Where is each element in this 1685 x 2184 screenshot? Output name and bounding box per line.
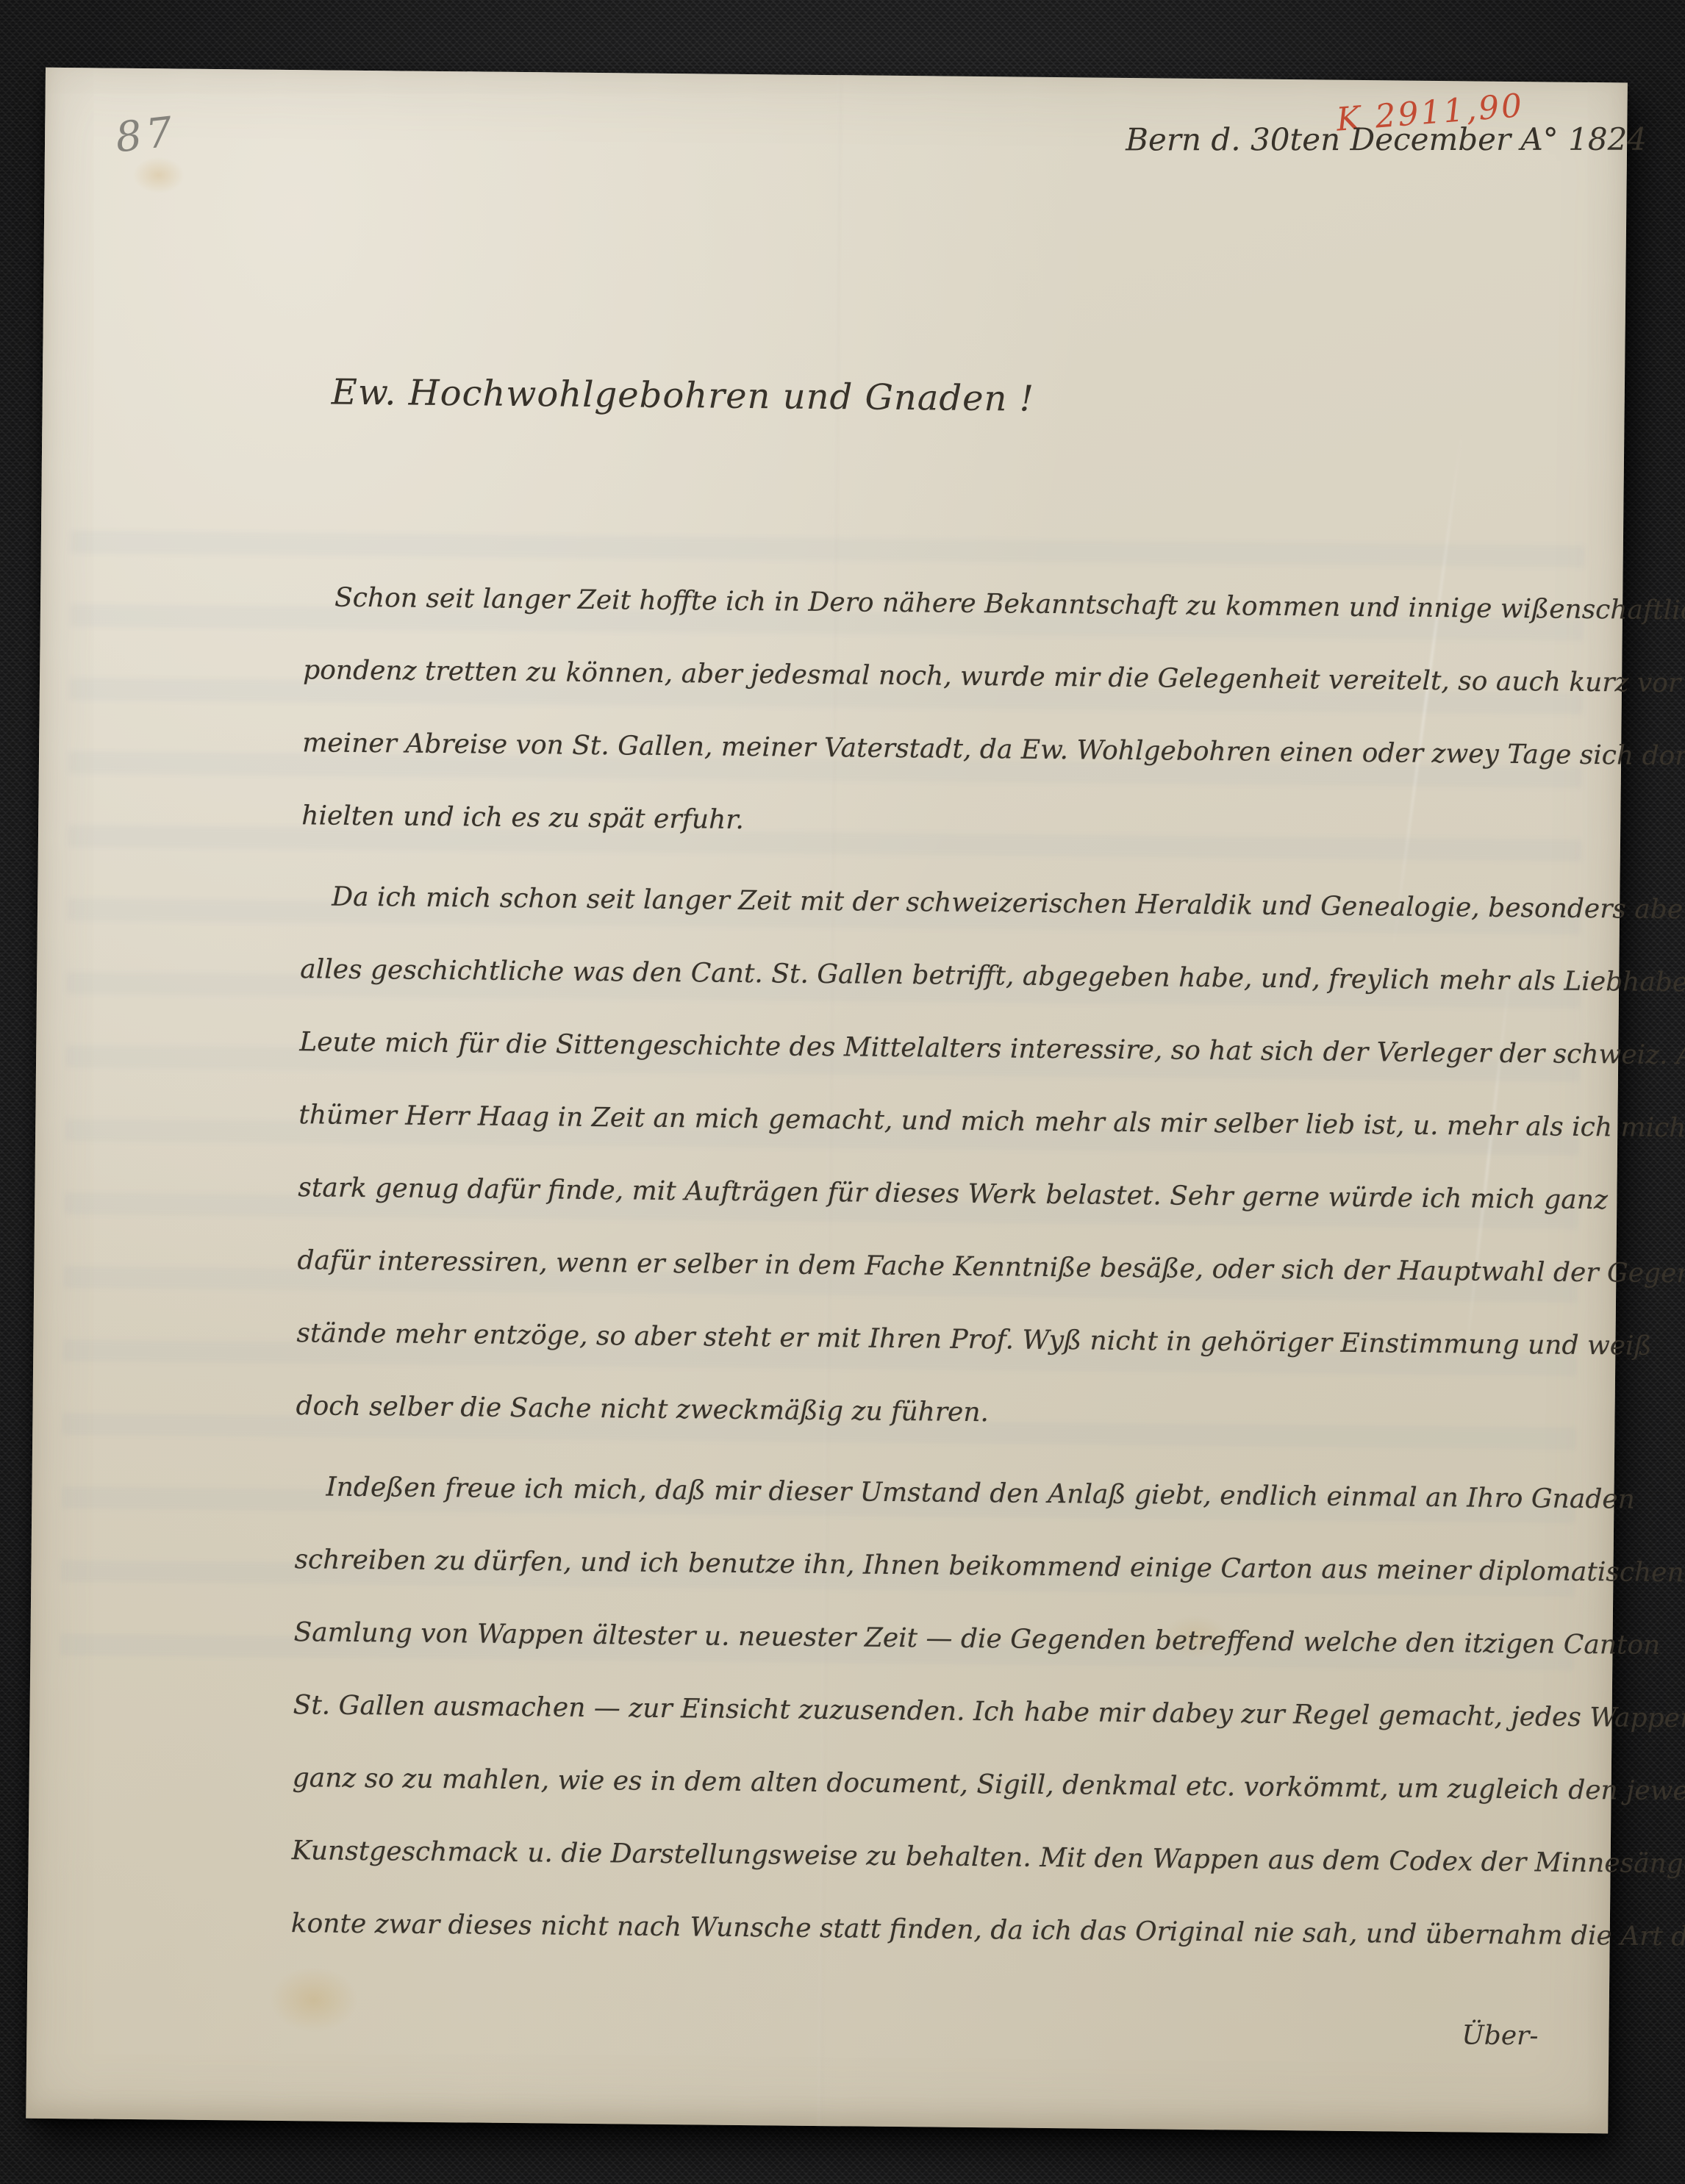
letter-line: doch selber die Sache nicht zweckmäßig z… [296,1391,1592,1467]
letter-line: stark genug dafür finde, mit Aufträgen f… [298,1172,1594,1248]
letter-line: thümer Herr Haag in Zeit an mich gemacht… [298,1100,1595,1175]
page-number: 87 [113,108,179,162]
letter-line: Leute mich für die Sittengeschichte des … [299,1027,1595,1103]
letter-line: St. Gallen ausmachen — zur Einsicht zuzu… [293,1690,1589,1766]
salutation: Ew. Hochwohlgebohren und Gnaden ! [332,372,1035,420]
letter-page: 87 K 2911,90 Bern d. 30ten December A° 1… [26,68,1628,2134]
letter-line: ganz so zu mahlen, wie es in dem alten d… [292,1763,1588,1839]
dateline: Bern d. 30ten December A° 1824 [1126,121,1611,158]
letter-line: hielten und ich es zu spät erfuhr. [301,801,1598,876]
letter-line: Kunstgeschmack u. die Darstellungsweise … [291,1836,1587,1911]
letter-line: dafür interessiren, wenn er selber in de… [297,1245,1593,1321]
paper-stain [269,1966,358,2033]
letter-line: Da ich mich schon seit langer Zeit mit d… [301,881,1597,957]
paper-stain [132,157,184,194]
letter-line: pondenz tretten zu können, aber jedesmal… [303,655,1599,731]
catchword: Über- [1462,2020,1538,2051]
letter-line: Indeßen freue ich mich, daß mir dieser U… [295,1472,1591,1547]
letter-line: Samlung von Wappen ältester u. neuester … [293,1617,1589,1693]
letter-line: Schon seit langer Zeit hoffte ich in Der… [303,582,1599,658]
letter-line: meiner Abreise von St. Gallen, meiner Va… [302,728,1598,803]
letter-line: alles geschichtliche was den Cant. St. G… [300,954,1596,1030]
letter-line: schreiben zu dürfen, und ich benutze ihn… [294,1544,1590,1620]
letter-line: konte zwar dieses nicht nach Wunsche sta… [290,1908,1586,1984]
letter-line: stände mehr entzöge, so aber steht er mi… [296,1318,1592,1394]
